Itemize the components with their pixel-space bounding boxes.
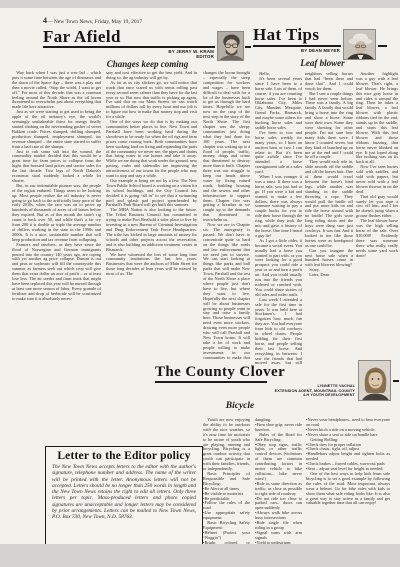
dean-meyer-photo xyxy=(343,29,376,60)
hat-tips-rule-dash xyxy=(378,45,387,47)
lynnette-vachal-photo xyxy=(358,360,391,401)
county-clover-column-2: dangling. •Firm shoe grip; never ride ba… xyxy=(255,418,302,544)
far-afield-column-1: Way back when I was just a wee lad – whi… xyxy=(12,71,101,439)
far-afield-title: Far Afield xyxy=(43,27,121,47)
far-afield-rule xyxy=(43,46,215,48)
backdrop-bottom xyxy=(0,544,400,567)
jerry-kram-portrait-graphic xyxy=(218,32,244,61)
county-clover-rule-dash xyxy=(393,380,399,382)
county-clover-subtitle: Bicycle xyxy=(180,401,300,411)
hat-tips-subtitle: Leaf blower xyxy=(260,58,385,68)
far-afield-rule-dash xyxy=(245,46,251,48)
county-clover-title: The County Clover xyxy=(155,364,285,381)
hat-tips-byline: BY DEAN MEYER xyxy=(270,48,340,53)
county-clover-column-1: Youth are now enjoying the ability to be… xyxy=(203,418,250,544)
hat-tips-column-1: Hello, It's been several years since I h… xyxy=(255,72,302,364)
newspaper-page: 4— New Town News, Friday, May 19, 2017 F… xyxy=(0,8,400,544)
backdrop-top xyxy=(0,0,400,8)
hat-tips-column-2: neighbors selling horses that had “been … xyxy=(305,72,353,364)
masthead-text: — New Town News, Friday, May 19, 2017 xyxy=(47,19,142,25)
far-afield-byline: BY JERRY W. KRAM EDITOR xyxy=(130,49,214,59)
lynnette-vachal-portrait-graphic xyxy=(359,361,391,401)
hat-tips-title: Hat Tips xyxy=(253,25,319,45)
far-afield-subtitle: Changes keep coming xyxy=(60,59,235,69)
dean-meyer-portrait-graphic xyxy=(344,30,376,60)
county-clover-byline: LYNNETTE VACHAL EXTENSION AGENT, MOUNTRA… xyxy=(235,384,355,398)
county-clover-column-3: •Never wear headphones– need to hear eve… xyxy=(306,418,390,544)
hat-tips-rule xyxy=(253,45,341,47)
letter-policy-box: Letter to the Editor policy The New Town… xyxy=(45,446,203,544)
letter-policy-body: The New Town News accepts letters to the… xyxy=(52,464,196,521)
hat-tips-column-3: Another highlight was a guy with a leaf … xyxy=(356,72,398,350)
jerry-kram-photo xyxy=(217,31,244,61)
far-afield-column-3: changes the boom brought – especially th… xyxy=(203,71,250,359)
masthead: 4— New Town News, Friday, May 19, 2017 xyxy=(43,16,142,25)
county-clover-rule xyxy=(155,381,267,383)
far-afield-column-2: sary and cost effective to get the best … xyxy=(106,71,197,439)
letter-policy-title: Letter to the Editor policy xyxy=(52,450,196,462)
